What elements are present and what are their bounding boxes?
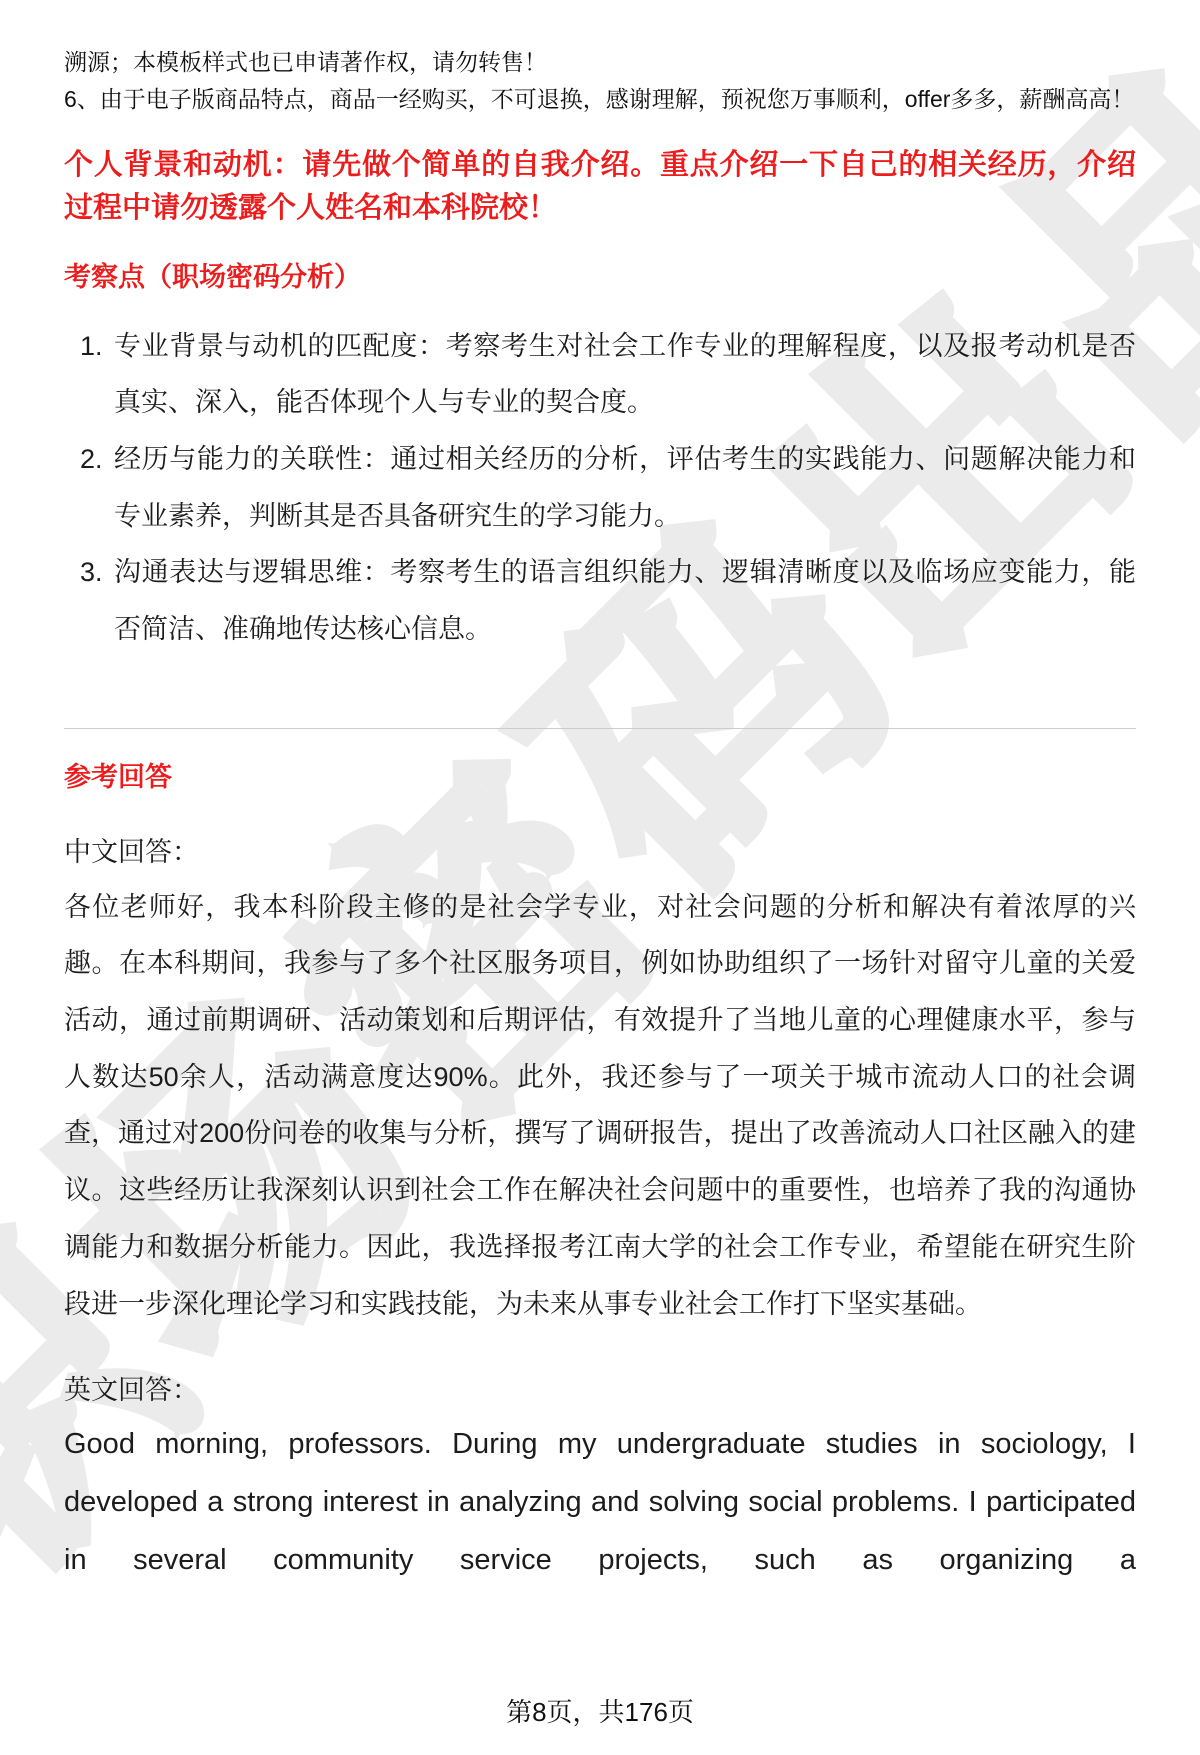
exam-point-item-3: 3. 沟通表达与逻辑思维：考察考生的语言组织能力、逻辑清晰度以及临场应变能力，能…: [64, 544, 1136, 657]
exam-point-item-1: 1. 专业背景与动机的匹配度：考察考生对社会工作专业的理解程度，以及报考动机是否…: [64, 318, 1136, 431]
exam-point-number: 2.: [80, 431, 103, 488]
english-answer-text: Good morning, professors. During my unde…: [64, 1415, 1136, 1589]
document-page: 职场密码出品 溯源；本模板样式也已申请著作权，请勿转售！ 6、由于电子版商品特点…: [0, 0, 1200, 1755]
copyright-notice-line: 溯源；本模板样式也已申请著作权，请勿转售！: [64, 44, 1136, 81]
exam-point-number: 1.: [80, 318, 103, 375]
chinese-answer-text: 各位老师好，我本科阶段主修的是社会学专业，对社会问题的分析和解决有着浓厚的兴趣。…: [64, 879, 1136, 1333]
exam-point-text: 沟通表达与逻辑思维：考察考生的语言组织能力、逻辑清晰度以及临场应变能力，能否简洁…: [114, 557, 1136, 644]
page-number: 第8页，共176页: [0, 1692, 1200, 1729]
exam-points-list: 1. 专业背景与动机的匹配度：考察考生对社会工作专业的理解程度，以及报考动机是否…: [64, 318, 1136, 658]
page-content: 溯源；本模板样式也已申请著作权，请勿转售！ 6、由于电子版商品特点，商品一经购买…: [0, 0, 1200, 1589]
english-answer-label: 英文回答：: [64, 1368, 1136, 1407]
exam-points-heading: 考察点（职场密码分析）: [64, 255, 1136, 294]
exam-point-number: 3.: [80, 544, 103, 601]
question-title: 个人背景和动机：请先做个简单的自我介绍。重点介绍一下自己的相关经历，介绍过程中请…: [64, 144, 1136, 231]
chinese-answer-label: 中文回答：: [64, 830, 1136, 869]
reference-answer-heading: 参考回答: [64, 755, 1136, 794]
purchase-notice-line: 6、由于电子版商品特点，商品一经购买，不可退换，感谢理解，预祝您万事顺利，off…: [64, 81, 1136, 118]
exam-point-text: 专业背景与动机的匹配度：考察考生对社会工作专业的理解程度，以及报考动机是否真实、…: [114, 331, 1136, 418]
section-divider: [64, 728, 1136, 729]
exam-point-item-2: 2. 经历与能力的关联性：通过相关经历的分析，评估考生的实践能力、问题解决能力和…: [64, 431, 1136, 544]
exam-point-text: 经历与能力的关联性：通过相关经历的分析，评估考生的实践能力、问题解决能力和专业素…: [114, 444, 1136, 531]
